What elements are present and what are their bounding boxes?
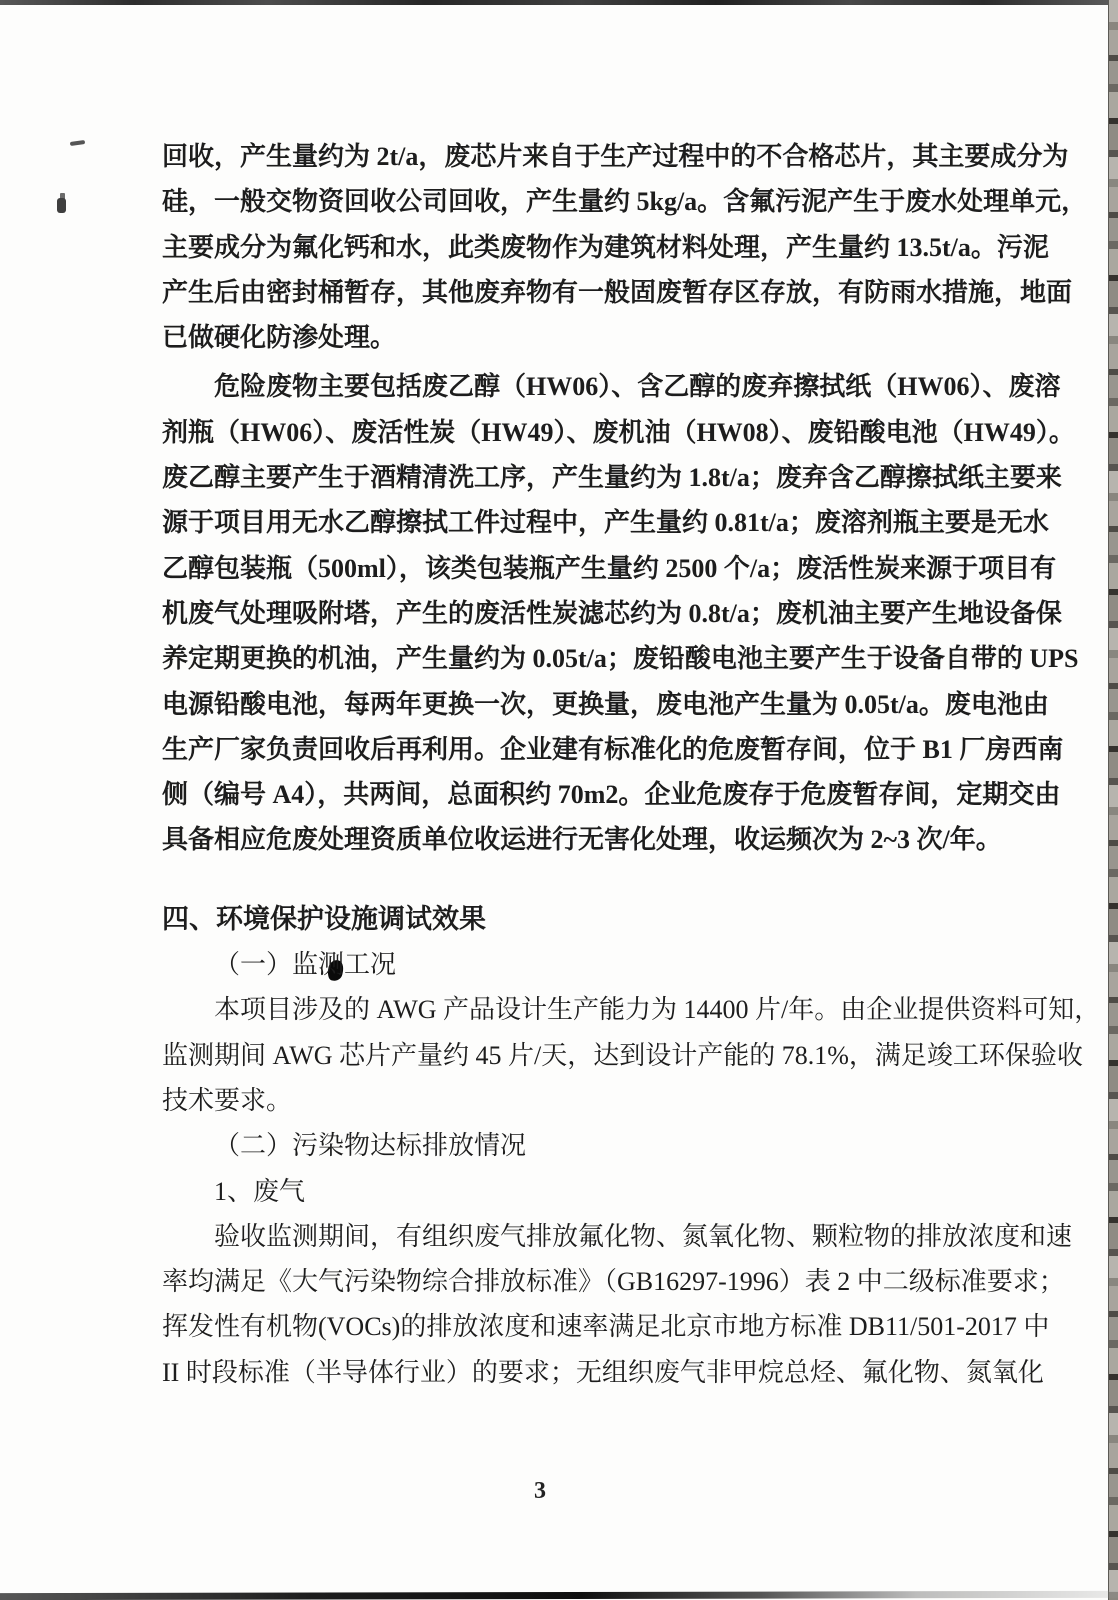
- text-line: 主要成分为氟化钙和水，此类废物作为建筑材料处理，产生量约 13.5t/a。污泥: [162, 225, 974, 270]
- text-line: 监测期间 AWG 芯片产量约 45 片/天，达到设计产能的 78.1%，满足竣工…: [162, 1033, 974, 1078]
- text-line: 危险废物主要包括废乙醇（HW06）、含乙醇的废弃擦拭纸（HW06）、废溶: [162, 364, 974, 409]
- paragraph-general-waste: 回收，产生量约为 2t/a，废芯片来自于生产过程中的不合格芯片，其主要成分为硅，…: [162, 134, 974, 360]
- text-line: 剂瓶（HW06）、废活性炭（HW49）、废机油（HW08）、废铅酸电池（HW49…: [162, 410, 974, 455]
- text-line: 硅，一般交物资回收公司回收，产生量约 5kg/a。含氟污泥产生于废水处理单元，: [162, 179, 974, 224]
- page-number: 3: [120, 1478, 960, 1505]
- text-line: 率均满足《大气污染物综合排放标准》（GB16297-1996）表 2 中二级标准…: [162, 1259, 974, 1304]
- text-line: 本项目涉及的 AWG 产品设计生产能力为 14400 片/年。由企业提供资料可知…: [162, 987, 974, 1032]
- section-heading: 四、环境保护设施调试效果: [162, 897, 974, 942]
- text-line: 生产厂家负责回收后再利用。企业建有标准化的危废暂存间，位于 B1 厂房西南: [162, 727, 974, 772]
- text-line: 养定期更换的机油，产生量约为 0.05t/a；废铅酸电池主要产生于设备自带的 U…: [162, 636, 974, 681]
- scan-artifact-top-edge: [0, 0, 1118, 5]
- text-line: 废乙醇主要产生于酒精清洗工序，产生量约为 1.8t/a；废弃含乙醇擦拭纸主要来: [162, 455, 974, 500]
- text-line: 具备相应危废处理资质单位收运进行无害化处理，收运频次为 2~3 次/年。: [162, 817, 974, 862]
- text-line: 产生后由密封桶暂存，其他废弃物有一般固废暂存区存放，有防雨水措施，地面: [162, 270, 974, 315]
- text-line: 挥发性有机物(VOCs)的排放浓度和速率满足北京市地方标准 DB11/501-2…: [162, 1304, 974, 1349]
- text-line: 技术要求。: [162, 1078, 974, 1123]
- text-line: 验收监测期间，有组织废气排放氟化物、氮氧化物、颗粒物的排放浓度和速: [162, 1214, 974, 1259]
- scan-speck-dash: [70, 140, 85, 146]
- text-line: 乙醇包装瓶（500ml），该类包装瓶产生量约 2500 个/a；废活性炭来源于项…: [162, 546, 974, 591]
- scan-speck-dot: [57, 198, 66, 213]
- text-line: 已做硬化防渗处理。: [162, 315, 974, 360]
- text-line: 源于项目用无水乙醇擦拭工件过程中，产生量约 0.81t/a；废溶剂瓶主要是无水: [162, 500, 974, 545]
- scan-artifact-bottom-edge: [0, 1591, 1118, 1600]
- item-1-waste-gas-heading: 1、废气: [162, 1169, 974, 1214]
- text-line: 回收，产生量约为 2t/a，废芯片来自于生产过程中的不合格芯片，其主要成分为: [162, 134, 974, 179]
- paragraph-waste-gas-emission: 验收监测期间，有组织废气排放氟化物、氮氧化物、颗粒物的排放浓度和速率均满足《大气…: [162, 1214, 974, 1395]
- text-line: 机废气处理吸附塔，产生的废活性炭滤芯约为 0.8t/a；废机油主要产生地设备保: [162, 591, 974, 636]
- text-line: II 时段标准（半导体行业）的要求；无组织废气非甲烷总烃、氟化物、氮氧化: [162, 1350, 974, 1395]
- document-page: 回收，产生量约为 2t/a，废芯片来自于生产过程中的不合格芯片，其主要成分为硅，…: [0, 0, 1118, 1600]
- paragraph-hazardous-waste: 危险废物主要包括废乙醇（HW06）、含乙醇的废弃擦拭纸（HW06）、废溶剂瓶（H…: [162, 364, 974, 862]
- text-line: 电源铅酸电池，每两年更换一次，更换量，废电池产生量为 0.05t/a。废电池由: [162, 682, 974, 727]
- subsection-1-heading: （一）监测工况: [162, 942, 974, 987]
- paragraph-monitoring-condition: 本项目涉及的 AWG 产品设计生产能力为 14400 片/年。由企业提供资料可知…: [162, 987, 974, 1123]
- scan-artifact-right-edge: [1108, 0, 1118, 1600]
- text-line: 侧（编号 A4），共两间，总面积约 70m2。企业危废存于危废暂存间，定期交由: [162, 772, 974, 817]
- subsection-2-heading: （二）污染物达标排放情况: [162, 1123, 974, 1168]
- document-body: 回收，产生量约为 2t/a，废芯片来自于生产过程中的不合格芯片，其主要成分为硅，…: [162, 134, 974, 1395]
